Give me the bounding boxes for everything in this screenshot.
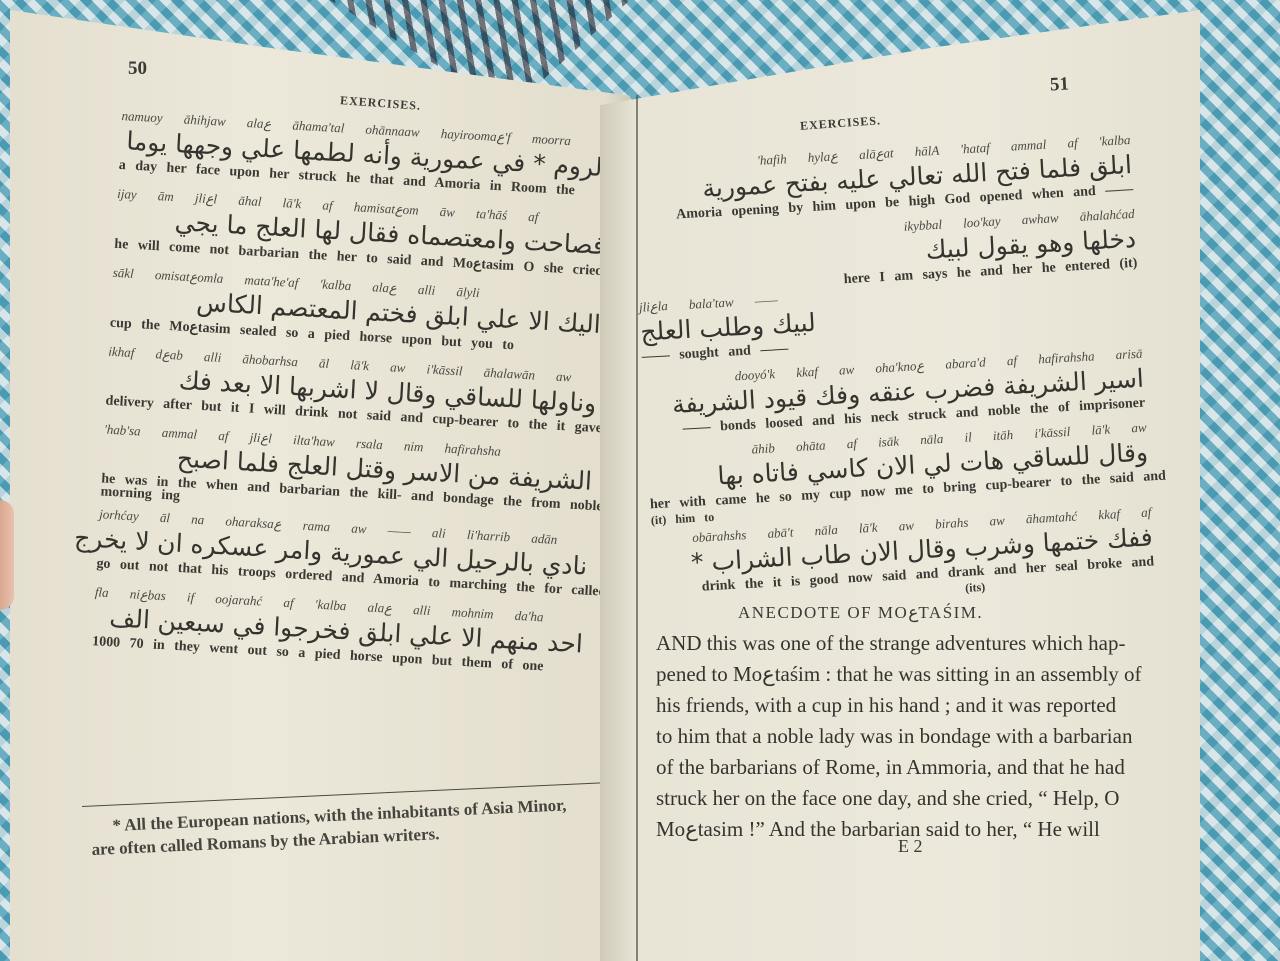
anecdote-heading: ANECDOTE OF MOعTAŚIM. xyxy=(738,603,983,623)
footnote-marker: * xyxy=(112,816,121,835)
page-number: 50 xyxy=(128,58,147,80)
exercise-block: namuoy āhihjaw alaع āhama'tal ohānnaaw h… xyxy=(92,108,612,678)
prose-line: to him that a noble lady was in bondage … xyxy=(656,721,1216,752)
signature-mark: E 2 xyxy=(898,836,923,857)
running-head: EXERCISES. xyxy=(340,93,422,114)
anecdote-text: AND this was one of the strange adventur… xyxy=(656,628,1216,845)
running-head: EXERCISES. xyxy=(800,113,882,134)
exercise-block: 'hafih hylaع alāعat hālA 'hataf ammal af… xyxy=(631,132,1156,613)
prose-line: of the barbarians of Rome, in Ammoria, a… xyxy=(656,752,1216,783)
thumb xyxy=(0,500,14,610)
right-page: 51 EXERCISES. 'hafih hylaع alāعat hālA '… xyxy=(600,10,1200,961)
page-number: 51 xyxy=(1049,74,1069,97)
footnote: * All the European nations, with the inh… xyxy=(90,790,652,861)
prose-line: Moعtasim !” And the barbarian said to he… xyxy=(656,814,1216,845)
book-spine xyxy=(636,95,638,961)
prose-line: his friends, with a cup in his hand ; an… xyxy=(656,690,1216,721)
left-page: 50 EXERCISES. namuoy āhihjaw alaع āhama'… xyxy=(10,10,630,961)
prose-line: AND this was one of the strange adventur… xyxy=(656,628,1216,659)
prose-line: pened to Moعtaśim : that he was sitting … xyxy=(656,659,1216,690)
prose-line: struck her on the face one day, and she … xyxy=(656,783,1216,814)
